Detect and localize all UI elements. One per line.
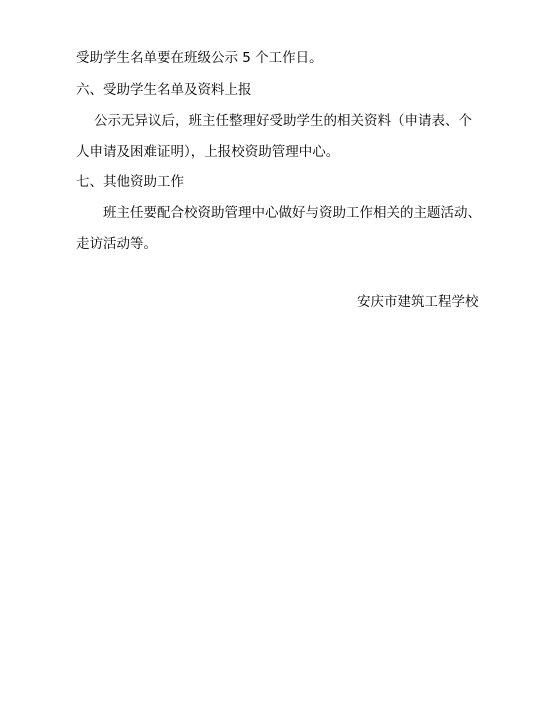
signature: 安庆市建筑工程学校: [357, 294, 479, 310]
paragraph-line: 公示无异议后，班主任整理好受助学生的相关资料（申请表、个: [94, 113, 472, 129]
paragraph-line: 走访活动等。: [76, 236, 157, 252]
paragraph-line: 受助学生名单要在班级公示 5 个工作日。: [76, 50, 323, 66]
section-heading: 七、其他资助工作: [76, 174, 184, 190]
paragraph-line: 班主任要配合校资助管理中心做好与资助工作相关的主题活动、: [103, 205, 481, 221]
section-heading: 六、受助学生名单及资料上报: [76, 82, 252, 98]
paragraph-line: 人申请及困难证明），上报校资助管理中心。: [76, 144, 339, 160]
